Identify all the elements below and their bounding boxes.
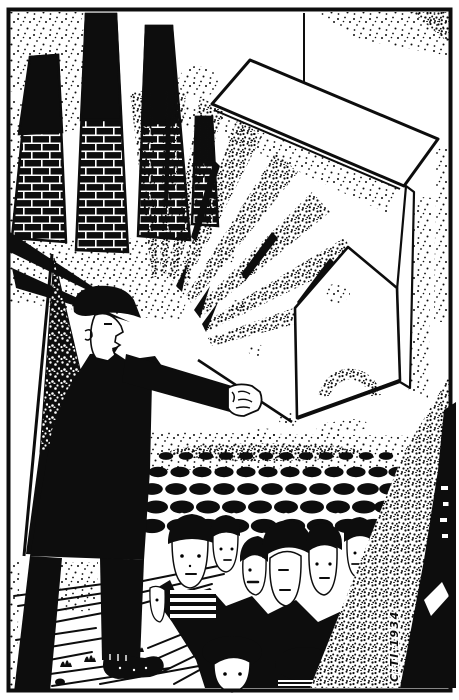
- cap: [279, 452, 293, 460]
- worker-hand: [228, 384, 262, 416]
- cap: [196, 501, 220, 514]
- cap: [309, 483, 331, 495]
- cap: [219, 452, 233, 460]
- cap: [165, 483, 187, 495]
- cap: [357, 483, 379, 495]
- cap: [148, 467, 167, 477]
- cap: [339, 452, 353, 460]
- cap: [239, 452, 253, 460]
- cap: [379, 452, 393, 460]
- cap: [222, 501, 246, 514]
- cap: [259, 452, 273, 460]
- cap: [258, 467, 277, 477]
- cap: [214, 467, 233, 477]
- cap: [302, 467, 321, 477]
- cap: [236, 467, 255, 477]
- cap: [326, 501, 350, 514]
- cap: [274, 501, 298, 514]
- cap: [359, 452, 373, 460]
- cap: [368, 467, 387, 477]
- illustration-canvas: C.TI 1934: [0, 0, 459, 700]
- cap: [199, 452, 213, 460]
- cap: [159, 452, 173, 460]
- cap: [300, 501, 324, 514]
- cap: [170, 467, 189, 477]
- cap: [319, 452, 333, 460]
- gable-shadow-stipple: [332, 419, 368, 431]
- stone: [55, 679, 65, 686]
- cap: [170, 501, 194, 514]
- cap: [333, 483, 355, 495]
- cap: [189, 483, 211, 495]
- woodcut-illustration: C.TI 1934: [0, 0, 459, 700]
- striped-collar: [170, 590, 216, 618]
- cap: [299, 452, 313, 460]
- cap: [248, 501, 272, 514]
- cap: [324, 467, 343, 477]
- worker-front-leg: [100, 558, 144, 662]
- cap: [280, 467, 299, 477]
- cap: [192, 467, 211, 477]
- cap: [237, 483, 259, 495]
- cap: [179, 452, 193, 460]
- cap: [213, 483, 235, 495]
- cap: [285, 483, 307, 495]
- cap: [352, 501, 376, 514]
- artist-signature: C.TI 1934: [388, 610, 401, 682]
- worker-shoe: [103, 654, 164, 679]
- wall-window-stipple: [326, 283, 350, 303]
- cap: [346, 467, 365, 477]
- cap: [261, 483, 283, 495]
